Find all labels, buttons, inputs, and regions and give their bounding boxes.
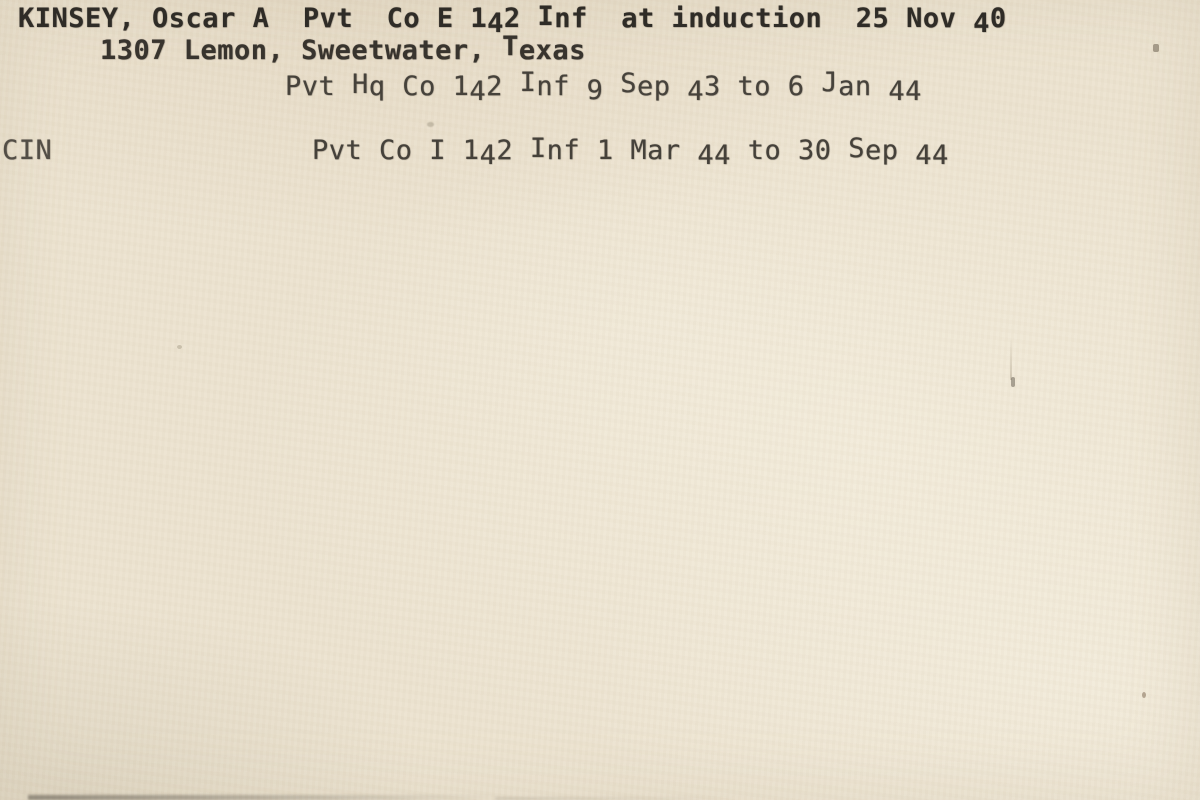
typed-segment: nf xyxy=(536,71,586,102)
paper-speck xyxy=(1142,692,1146,698)
paper-speck xyxy=(427,122,434,127)
typed-segment: J xyxy=(821,69,838,96)
line-service-entry-1: Pvt Hq Co 142 Inf 9 Sep 43 to 6 Jan 44 xyxy=(285,73,922,100)
line-name-and-induction: KINSEY, Oscar A Pvt Co E 142 Inf at indu… xyxy=(18,5,1007,32)
typed-segment: 9 xyxy=(587,77,604,104)
typed-segment: Pvt xyxy=(285,71,352,102)
typed-segment: exas xyxy=(519,35,586,66)
line-margin-code: CIN xyxy=(2,137,52,164)
typed-segment: T xyxy=(502,33,519,60)
typed-segment: 2 xyxy=(504,3,538,34)
typed-segment: ep xyxy=(865,135,915,166)
typed-segment: 44 xyxy=(888,78,922,105)
typed-segment: 2 xyxy=(496,135,530,166)
typed-segment: nf at induction 25 Nov xyxy=(554,3,973,34)
typed-segment: 1307 Lemon, Sweetwater, xyxy=(100,35,502,66)
typed-segment: I xyxy=(520,69,537,96)
typed-segment: 0 xyxy=(990,3,1007,34)
typed-segment: KINSEY, Oscar A Pvt Co E 1 xyxy=(18,3,487,34)
typed-segment: I xyxy=(537,3,554,30)
paper-scratch xyxy=(1010,338,1012,380)
typed-segment: I xyxy=(530,135,547,162)
line-address: 1307 Lemon, Sweetwater, Texas xyxy=(100,37,586,64)
typed-segment: 4 xyxy=(480,142,497,169)
typed-segment: CIN xyxy=(2,135,52,166)
bottom-edge-smudge xyxy=(28,795,498,800)
scanned-card: KINSEY, Oscar A Pvt Co E 142 Inf at indu… xyxy=(0,0,1200,800)
typed-segment: nf 1 Mar xyxy=(547,135,698,166)
typed-segment: q Co 1 xyxy=(369,71,470,102)
typed-segment: 3 to 6 xyxy=(704,71,821,102)
typed-segment: to 30 xyxy=(731,135,848,166)
line-service-entry-2: Pvt Co I 142 Inf 1 Mar 44 to 30 Sep 44 xyxy=(312,137,949,164)
typed-segment: S xyxy=(620,70,637,97)
typed-text-layer: KINSEY, Oscar A Pvt Co E 142 Inf at indu… xyxy=(0,0,1200,800)
typed-segment: 2 xyxy=(486,71,520,102)
typed-segment: ep xyxy=(637,71,687,102)
typed-segment: 44 xyxy=(915,142,949,169)
paper-speck xyxy=(1153,44,1159,52)
typed-segment: H xyxy=(352,71,369,98)
typed-segment: Pvt Co I 1 xyxy=(312,135,480,166)
typed-segment: 44 xyxy=(697,142,731,169)
typed-segment: an xyxy=(838,71,888,102)
typed-segment: S xyxy=(848,135,865,162)
paper-speck xyxy=(177,345,182,349)
paper-speck xyxy=(1011,377,1015,387)
typed-segment: 4 xyxy=(973,10,990,37)
typed-segment: 4 xyxy=(687,78,704,105)
typed-segment: 4 xyxy=(469,78,486,105)
typed-segment xyxy=(603,71,620,102)
